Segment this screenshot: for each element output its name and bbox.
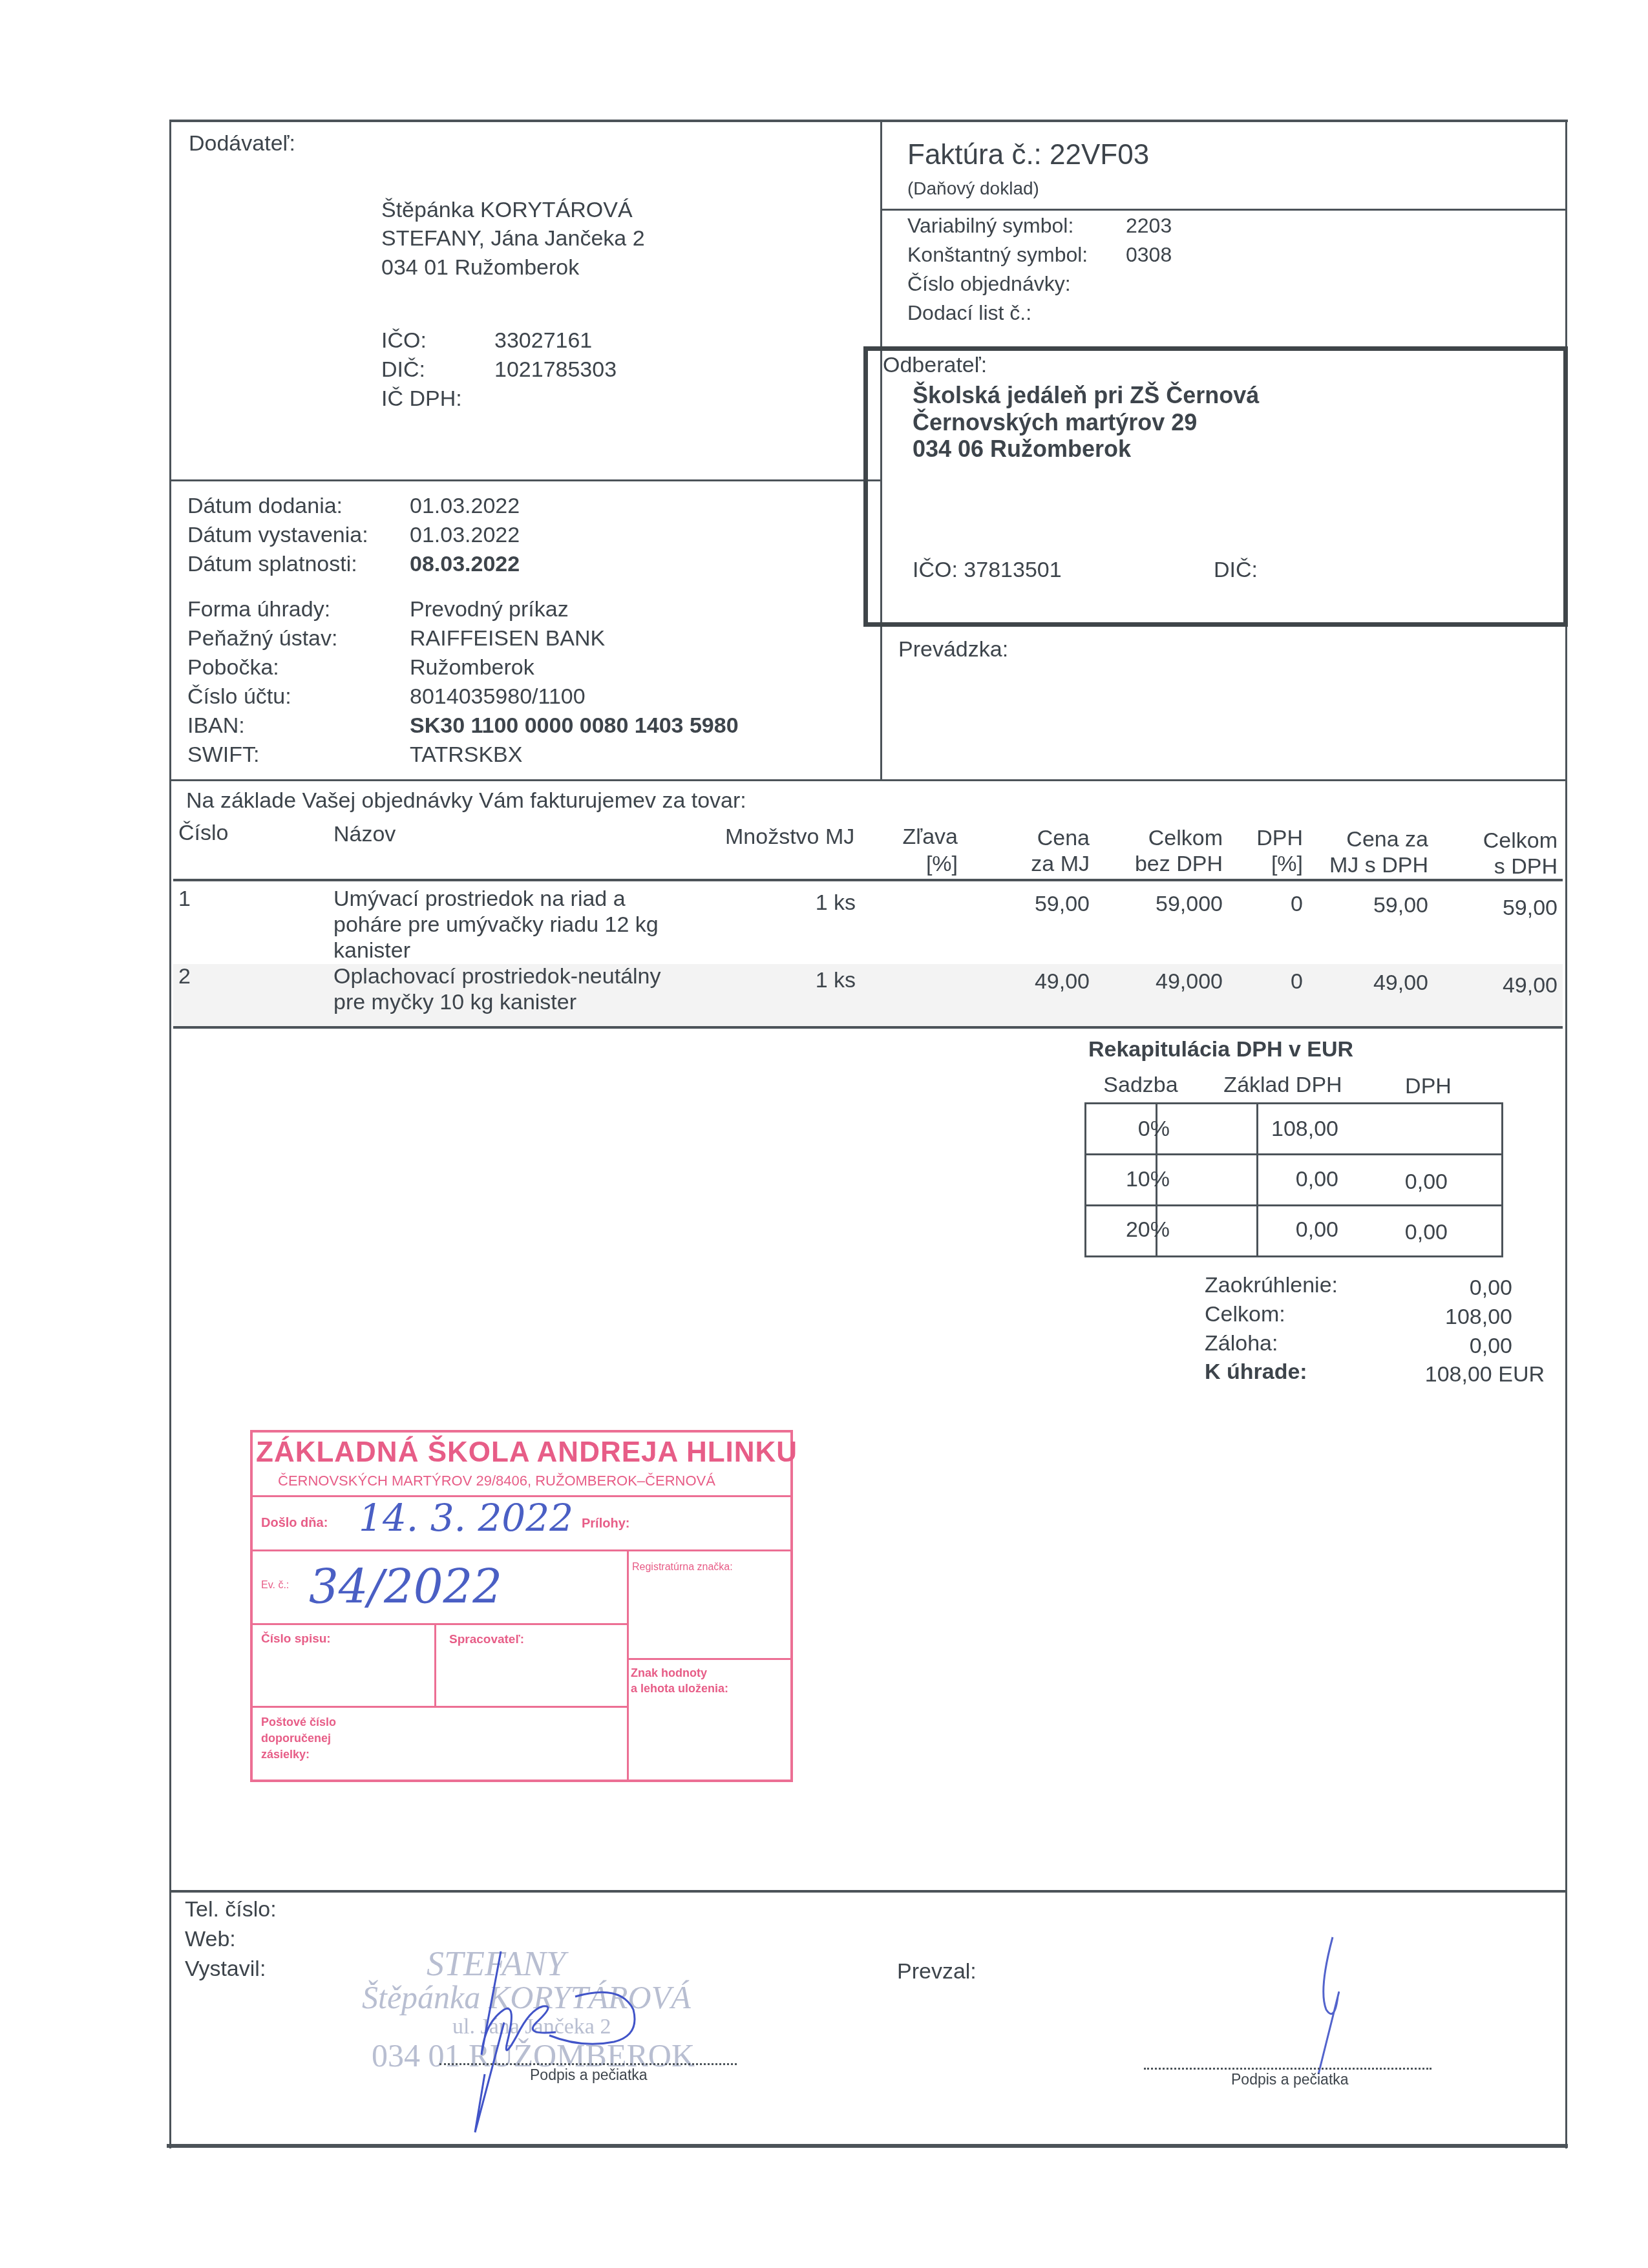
stamp-value-mark-label-2: a lehota uloženia: xyxy=(631,1683,728,1694)
stamp-vline-right xyxy=(627,1549,629,1782)
vat-recap-title: Rekapitulácia DPH v EUR xyxy=(1088,1038,1353,1060)
supplier-signature-line xyxy=(439,2063,737,2065)
col-mnozstvo: Množstvo MJ xyxy=(725,826,854,848)
customer-signature-caption: Podpis a pečiatka xyxy=(1231,2072,1349,2087)
col-cena: Cena xyxy=(995,827,1090,849)
item-name-line: poháre pre umývačky riadu 12 kg xyxy=(333,914,659,936)
col-nazov: Názov xyxy=(333,823,396,845)
stamp-line-3 xyxy=(250,1623,628,1625)
payment-value: TATRSKBX xyxy=(410,744,522,766)
total-label: Celkom: xyxy=(1205,1303,1285,1325)
date-label: Dátum dodania: xyxy=(187,495,343,517)
vat-col-base: Základ DPH xyxy=(1196,1074,1370,1096)
total-label: Zaokrúhlenie: xyxy=(1205,1274,1338,1296)
customer-ico: IČO: 37813501 xyxy=(913,559,1062,581)
stamp-line-5 xyxy=(250,1706,628,1708)
item-unit-price-inc-vat: 59,00 xyxy=(1312,894,1428,916)
customer-signature xyxy=(1305,1932,1383,2087)
col-cena-s-unit: MJ s DPH xyxy=(1312,854,1428,876)
items-header-divider xyxy=(173,879,1563,881)
stamp-title: ZÁKLADNÁ ŠKOLA ANDREJA HLINKU xyxy=(256,1438,798,1467)
invoice-field-label: Konštantný symbol: xyxy=(907,244,1088,265)
payment-label: IBAN: xyxy=(187,715,245,737)
col-cena-s: Cena za xyxy=(1312,828,1428,850)
supplier-signature-caption: Podpis a pečiatka xyxy=(530,2068,648,2083)
stamp-postal-label-3: zásielky: xyxy=(261,1748,310,1760)
col-celkom-s-unit: s DPH xyxy=(1441,856,1558,877)
date-value: 01.03.2022 xyxy=(410,524,520,546)
vat-col-vat: DPH xyxy=(1351,1075,1506,1097)
customer-signature-line xyxy=(1144,2068,1431,2070)
stamp-received-value: 14. 3. 2022 xyxy=(359,1499,573,1537)
vat-amount: 0,00 xyxy=(1260,1221,1448,1243)
vat-rate: 10% xyxy=(1092,1168,1170,1190)
payment-label: Forma úhrady: xyxy=(187,598,330,620)
col-dph: DPH xyxy=(1238,827,1303,849)
stamp-postal-label-1: Poštové číslo xyxy=(261,1716,336,1728)
vat-rate: 20% xyxy=(1092,1219,1170,1241)
payment-label: Peňažný ústav: xyxy=(187,627,337,649)
frame-bottom xyxy=(167,2144,1568,2148)
invoice-field-label: Variabilný symbol: xyxy=(907,215,1073,236)
date-label: Dátum splatnosti: xyxy=(187,553,357,575)
items-intro: Na základe Vašej objednávky Vám fakturuj… xyxy=(186,790,746,812)
item-name-line: Umývací prostriedok na riad a xyxy=(333,888,626,910)
supplier-signature xyxy=(446,1945,743,2139)
payment-label: SWIFT: xyxy=(187,744,259,766)
vat-row-line-2 xyxy=(1084,1204,1503,1206)
stamp-file-no-label: Číslo spisu: xyxy=(261,1633,331,1645)
col-zlava: Zľava xyxy=(892,826,958,848)
payment-value: 8014035980/1100 xyxy=(410,686,586,708)
stamp-vline-mid xyxy=(434,1623,436,1707)
invoice-title-divider xyxy=(880,209,1567,211)
col-cislo: Číslo xyxy=(178,822,228,844)
stamp-postal-label-2: doporučenej xyxy=(261,1732,331,1744)
supplier-city: 034 01 Ružomberok xyxy=(381,257,579,278)
item-total-inc-vat: 49,00 xyxy=(1441,974,1558,996)
total-label: Záloha: xyxy=(1205,1332,1278,1354)
frame-top xyxy=(169,120,1568,122)
supplier-ico-label: IČO: xyxy=(381,330,427,352)
col-zlava-unit: [%] xyxy=(892,853,958,875)
total-value: 108,00 EUR xyxy=(1325,1363,1545,1385)
col-celkom-s: Celkom xyxy=(1441,830,1558,852)
web-label: Web: xyxy=(185,1928,236,1950)
supplier-dic: 1021785303 xyxy=(494,359,617,381)
supplier-ico: 33027161 xyxy=(494,330,592,352)
supplier-dic-label: DIČ: xyxy=(381,359,425,381)
vat-row-line-1 xyxy=(1084,1153,1503,1155)
date-label: Dátum vystavenia: xyxy=(187,524,368,546)
item-number: 1 xyxy=(178,888,191,910)
payment-value: SK30 1100 0000 0080 1403 5980 xyxy=(410,715,739,737)
item-total-inc-vat: 59,00 xyxy=(1441,897,1558,919)
vat-amount: 0,00 xyxy=(1260,1171,1448,1193)
item-quantity: 1 ks xyxy=(750,892,856,914)
items-top-divider xyxy=(169,779,1567,781)
payment-value: Ružomberok xyxy=(410,656,534,678)
supplier-divider xyxy=(169,479,880,481)
customer-street: Černovských martýrov 29 xyxy=(913,411,1197,434)
customer-name: Školská jedáleň pri ZŠ Černová xyxy=(913,384,1259,407)
item-number: 2 xyxy=(178,965,191,987)
invoice-field-label: Číslo objednávky: xyxy=(907,273,1071,294)
date-value: 01.03.2022 xyxy=(410,495,520,517)
supplier-label: Dodávateľ: xyxy=(189,132,295,154)
total-value: 108,00 xyxy=(1325,1306,1512,1328)
payment-value: Prevodný príkaz xyxy=(410,598,569,620)
col-celkom-bez-unit: bez DPH xyxy=(1099,853,1223,875)
item-name-line: kanister xyxy=(333,940,410,961)
item-total-ex-vat: 59,000 xyxy=(1099,893,1223,915)
stamp-attachments-label: Prílohy: xyxy=(582,1517,629,1530)
issued-by-label: Vystavil: xyxy=(185,1958,266,1980)
stamp-ev-value: 34/2022 xyxy=(309,1564,502,1610)
supplier-icdph-label: IČ DPH: xyxy=(381,388,462,410)
stamp-line-4 xyxy=(627,1658,793,1660)
footer-divider xyxy=(169,1890,1567,1893)
vat-base: 108,00 xyxy=(1160,1118,1338,1140)
stamp-value-mark-label-1: Znak hodnoty xyxy=(631,1667,707,1679)
item-total-ex-vat: 49,000 xyxy=(1099,971,1223,992)
phone-label: Tel. číslo: xyxy=(185,1898,277,1920)
invoice-subtitle: (Daňový doklad) xyxy=(907,180,1039,198)
invoice-title: Faktúra č.: 22VF03 xyxy=(907,141,1149,169)
col-cena-unit: za MJ xyxy=(995,853,1090,875)
invoice-field-value: 2203 xyxy=(1126,215,1172,236)
customer-label: Odberateľ: xyxy=(883,354,987,376)
stamp-received-label: Došlo dňa: xyxy=(261,1517,328,1529)
items-bottom-divider xyxy=(173,1026,1563,1029)
stamp-address: ČERNOVSKÝCH MARTÝROV 29/8406, RUŽOMBEROK… xyxy=(278,1474,715,1488)
item-vat-rate: 0 xyxy=(1238,971,1303,992)
date-value: 08.03.2022 xyxy=(410,553,520,575)
item-name-line: Oplachovací prostriedok-neutálny xyxy=(333,965,661,987)
supplier-street: STEFANY, Jána Jančeka 2 xyxy=(381,227,645,249)
customer-city: 034 06 Ružomberok xyxy=(913,437,1131,461)
payment-value: RAIFFEISEN BANK xyxy=(410,627,605,649)
total-label: K úhrade: xyxy=(1205,1361,1307,1383)
total-value: 0,00 xyxy=(1325,1335,1512,1357)
col-dph-unit: [%] xyxy=(1238,853,1303,875)
stamp-line-2 xyxy=(250,1549,793,1551)
item-unit-price-inc-vat: 49,00 xyxy=(1312,972,1428,994)
invoice-field-label: Dodací list č.: xyxy=(907,302,1031,323)
col-celkom-bez: Celkom xyxy=(1099,827,1223,849)
item-unit-price: 49,00 xyxy=(995,971,1090,992)
invoice-field-value: 0308 xyxy=(1126,244,1172,265)
customer-dic-label: DIČ: xyxy=(1214,559,1258,581)
total-value: 0,00 xyxy=(1325,1277,1512,1299)
item-unit-price: 59,00 xyxy=(995,893,1090,915)
stamp-ev-label: Ev. č.: xyxy=(261,1580,289,1591)
payment-label: Pobočka: xyxy=(187,656,279,678)
frame-left xyxy=(169,120,171,2148)
item-vat-rate: 0 xyxy=(1238,893,1303,915)
item-quantity: 1 ks xyxy=(750,969,856,991)
premises-label: Prevádzka: xyxy=(898,638,1008,660)
vat-col-rate: Sadzba xyxy=(1086,1074,1196,1096)
received-by-label: Prevzal: xyxy=(897,1960,977,1982)
item-name-line: pre myčky 10 kg kanister xyxy=(333,991,576,1013)
supplier-name: Štěpánka KORYTÁROVÁ xyxy=(381,199,633,221)
stamp-reg-mark-label: Registratúrna značka: xyxy=(632,1562,733,1573)
stamp-processor-label: Spracovateľ: xyxy=(449,1633,524,1646)
payment-label: Číslo účtu: xyxy=(187,686,291,708)
vat-rate: 0% xyxy=(1092,1118,1170,1140)
